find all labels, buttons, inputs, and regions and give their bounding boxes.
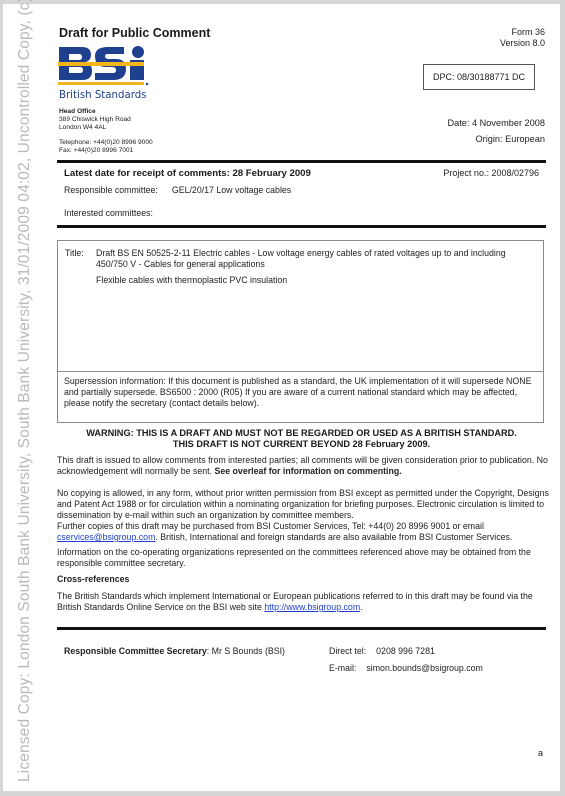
issue-date: Date: 4 November 2008 [447,118,545,128]
address-line-2: London W4 4AL [59,124,106,131]
secretary-email: E-mail:simon.bounds@bsigroup.com [329,663,483,673]
issued-paragraph: This draft is issued to allow comments f… [57,455,549,477]
cservices-email-link[interactable]: cservices@bsigroup.com [57,532,155,542]
origin: Origin: European [476,134,545,144]
head-office-label: Head Office [59,108,96,115]
dpc-reference: DPC: 08/30188771 DC [433,72,525,82]
licensing-watermark: Licensed Copy: London South Bank Univers… [16,0,34,782]
xref-text-end: . [360,602,362,612]
copies-paragraph: Further copies of this draft may be purc… [57,521,549,543]
address-line-1: 389 Chiswick High Road [59,116,131,123]
cross-references-paragraph: The British Standards which implement In… [57,591,549,613]
copies-text: Further copies of this draft may be purc… [57,521,484,531]
secretary-direct-tel: Direct tel:0208 996 7281 [329,646,435,656]
warning-line-1: WARNING: THIS IS A DRAFT AND MUST NOT BE… [57,428,546,439]
responsible-committee: Responsible committee:GEL/20/17 Low volt… [64,185,291,195]
page-mark: a [538,748,543,758]
warning-line-2: THIS DRAFT IS NOT CURRENT BEYOND 28 Febr… [57,439,546,450]
divider-top [57,160,546,163]
draft-warning: WARNING: THIS IS A DRAFT AND MUST NOT BE… [57,428,546,450]
email-label: E-mail: [329,663,356,673]
form-version: Version 8.0 [500,38,545,49]
fax: Fax: +44(0)20 8996 7001 [59,147,133,154]
svg-text:British Standards: British Standards [59,90,147,101]
direct-tel-label: Direct tel: [329,646,366,656]
document-subtitle: Flexible cables with thermoplastic PVC i… [96,275,287,285]
committee-secretary: Responsible Committee Secretary: Mr S Bo… [64,646,285,656]
telephone: Telephone: +44(0)20 8996 9000 [59,139,153,146]
cooperating-paragraph: Information on the co-operating organiza… [57,547,549,569]
latest-comment-date: Latest date for receipt of comments: 28 … [64,168,311,179]
divider-summary [57,225,546,228]
bsi-logo: British Standards [58,44,152,102]
divider-bottom [57,627,546,630]
overleaf-note: See overleaf for information on commenti… [214,466,401,476]
direct-tel-value: 0208 996 7281 [376,646,435,656]
head-office-address: Head Office 389 Chiswick High Road Londo… [59,108,131,132]
dpc-reference-box: DPC: 08/30188771 DC [423,64,535,90]
responsible-committee-label: Responsible committee: [64,185,158,195]
title-box: Title: Draft BS EN 50525-2-11 Electric c… [57,240,544,423]
copies-text-end: . British, International and foreign sta… [155,532,512,542]
head-office-contact: Telephone: +44(0)20 8996 9000 Fax: +44(0… [59,139,153,155]
title-box-separator [58,371,543,372]
supersession-info: Supersession information: If this docume… [64,376,539,409]
cross-references-heading: Cross-references [57,574,129,584]
form-number: Form 36 [500,27,545,38]
form-info: Form 36 Version 8.0 [500,27,545,49]
bsi-logo-icon: British Standards [58,44,152,102]
secretary-label: Responsible Committee Secretary [64,646,207,656]
responsible-committee-value: GEL/20/17 Low voltage cables [172,185,291,195]
title-label: Title: [65,248,84,258]
secretary-name: : Mr S Bounds (BSI) [207,646,285,656]
bsi-website-link[interactable]: http://www.bsigroup.com [264,602,360,612]
document-title: Draft BS EN 50525-2-11 Electric cables -… [96,248,536,270]
project-number: Project no.: 2008/02796 [443,168,539,178]
draft-title: Draft for Public Comment [59,26,210,40]
email-value: simon.bounds@bsigroup.com [366,663,483,673]
interested-committees-label: Interested committees: [64,208,153,218]
copying-paragraph: No copying is allowed, in any form, with… [57,488,549,521]
